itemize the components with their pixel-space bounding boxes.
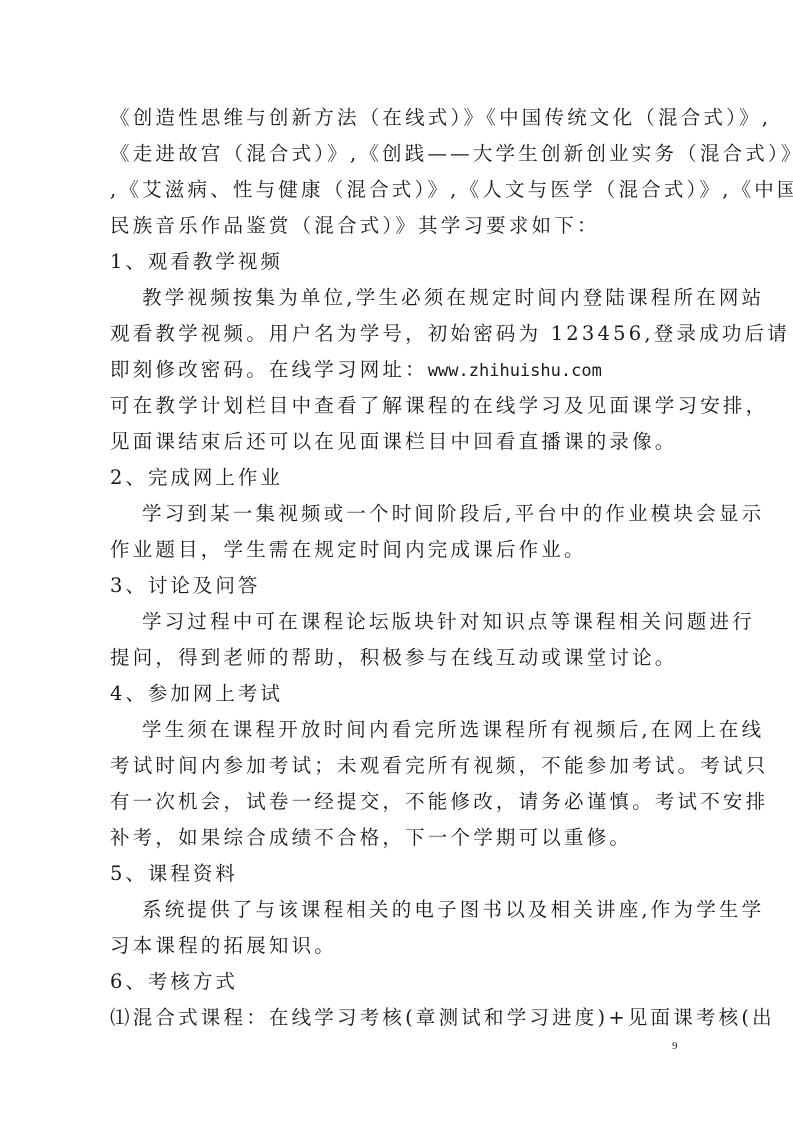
section-heading-5: 5、课程资料 (110, 856, 710, 892)
section-heading-1: 1、观看教学视频 (110, 244, 710, 280)
section-5-text: 系统提供了与该课程相关的电子图书以及相关讲座,作为学生学 (110, 892, 710, 928)
section-5-text: 习本课程的拓展知识。 (110, 928, 710, 964)
section-heading-4: 4、参加网上考试 (110, 676, 710, 712)
section-2-text: 学习到某一集视频或一个时间阶段后,平台中的作业模块会显示 (110, 496, 710, 532)
section-4-text: 补考，如果综合成绩不合格，下一个学期可以重修。 (110, 820, 710, 856)
page-number: 9 (672, 1040, 678, 1052)
intro-line-4: 民族音乐作品鉴赏（混合式）》其学习要求如下： (110, 208, 710, 244)
intro-line-3: ,《艾滋病、性与健康（混合式）》,《人文与医学（混合式）》,《中国 (110, 172, 710, 208)
document-page: 《创造性思维与创新方法（在线式）》《中国传统文化（混合式）》, 《走进故宫（混合… (0, 0, 793, 1122)
intro-line-1: 《创造性思维与创新方法（在线式）》《中国传统文化（混合式）》, (110, 100, 710, 136)
section-6-text: ⑴混合式课程：在线学习考核(章测试和学习进度)+见面课考核(出 (110, 1000, 710, 1036)
section-1-text: 见面课结束后还可以在见面课栏目中回看直播课的录像。 (110, 424, 710, 460)
website-url: www.zhihuishu.com (428, 361, 602, 381)
section-1-text: 即刻修改密码。在线学习网址： (110, 358, 428, 381)
section-heading-3: 3、讨论及问答 (110, 568, 710, 604)
section-4-text: 考试时间内参加考试；未观看完所有视频，不能参加考试。考试只 (110, 748, 710, 784)
section-3-text: 学习过程中可在课程论坛版块针对知识点等课程相关问题进行 (110, 604, 710, 640)
section-heading-2: 2、完成网上作业 (110, 460, 710, 496)
section-3-text: 提问，得到老师的帮助，积极参与在线互动或课堂讨论。 (110, 640, 710, 676)
section-2-text: 作业题目，学生需在规定时间内完成课后作业。 (110, 532, 710, 568)
section-1-text: 可在教学计划栏目中查看了解课程的在线学习及见面课学习安排， (110, 388, 710, 424)
section-4-text: 有一次机会，试卷一经提交，不能修改，请务必谨慎。考试不安排 (110, 784, 710, 820)
page-content: 《创造性思维与创新方法（在线式）》《中国传统文化（混合式）》, 《走进故宫（混合… (110, 100, 710, 1036)
section-1-text: 观看教学视频。用户名为学号，初始密码为 123456,登录成功后请 (110, 316, 710, 352)
section-4-text: 学生须在课程开放时间内看完所选课程所有视频后,在网上在线 (110, 712, 710, 748)
intro-line-2: 《走进故宫（混合式）》,《创践——大学生创新创业实务（混合式）》 (110, 136, 710, 172)
section-1-text-with-url: 即刻修改密码。在线学习网址：www.zhihuishu.com (110, 352, 710, 388)
section-heading-6: 6、考核方式 (110, 964, 710, 1000)
section-1-text: 教学视频按集为单位,学生必须在规定时间内登陆课程所在网站 (110, 280, 710, 316)
